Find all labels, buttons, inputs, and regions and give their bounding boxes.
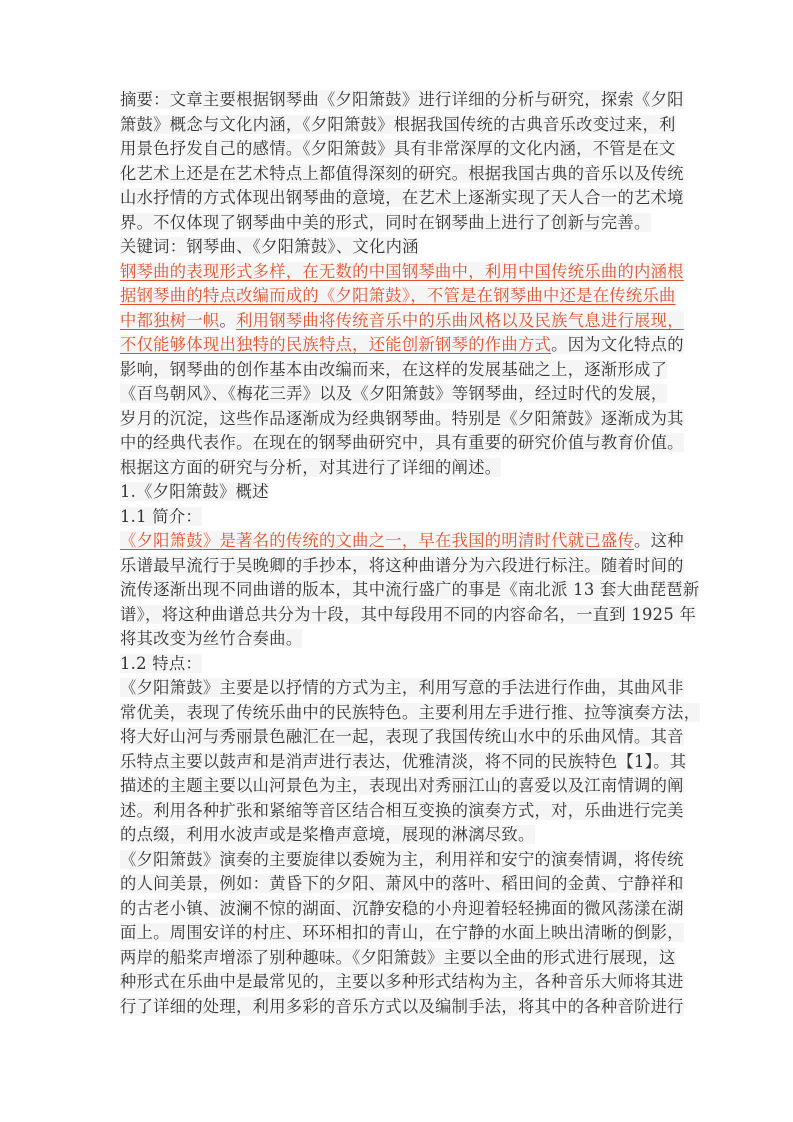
text-line: 《夕阳箫鼓》主要是以抒情的方式为主，利用写意的手法进行作曲，其曲风非 [120, 676, 672, 701]
document-page: 摘要：文章主要根据钢琴曲《夕阳箫鼓》进行详细的分析与研究，探索《夕阳箫鼓》概念与… [120, 88, 672, 1019]
line-highlight: 两岸的船桨声增添了别种趣味。《夕阳箫鼓》主要以全曲的形式进行展现，这 [120, 948, 676, 967]
text-line: 1.《夕阳箫鼓》概述 [120, 480, 672, 505]
text-line: 化艺术上还是在艺术特点上都值得深刻的研究。根据我国古典的音乐以及传统 [120, 162, 672, 187]
text-line: 描述的主题主要以山河景色为主，表现出对秀丽江山的喜爱以及江南情调的阐 [120, 774, 672, 799]
body-text: 两岸的船桨声增添了别种趣味。《夕阳箫鼓》主要以全曲的形式进行展现，这 [120, 948, 676, 967]
body-text: 影响，钢琴曲的创作基本由改编而来，在这样的发展基础之上，逐渐形成了 [120, 360, 667, 379]
text-line: 钢琴曲的表现形式多样，在无数的中国钢琴曲中，利用中国传统乐曲的内涵根 [120, 260, 672, 285]
body-text: 1.1 简介： [120, 507, 202, 526]
body-text: 行了详细的处理，利用多彩的音乐方式以及编制手法，将其中的各种音阶进行 [120, 997, 684, 1016]
text-line: 种形式在乐曲中是最常见的，主要以多种形式结构为主，各种音乐大师将其进 [120, 970, 672, 995]
text-line: 的古老小镇、波澜不惊的湖面、沉静安稳的小舟迎着轻轻拂面的微风荡漾在湖 [120, 897, 672, 922]
line-highlight: 影响，钢琴曲的创作基本由改编而来，在这样的发展基础之上，逐渐形成了 [120, 360, 667, 379]
body-text: 流传逐渐出现不同曲谱的版本，其中流行盛广的事是《南北派 13 套大曲琵琶新 [120, 580, 699, 599]
line-highlight: 的人间美景，例如：黄昏下的夕阳、萧风中的落叶、稻田间的金黄、宁静祥和 [120, 874, 684, 893]
body-text: 的古老小镇、波澜不惊的湖面、沉静安稳的小舟迎着轻轻拂面的微风荡漾在湖 [120, 899, 684, 918]
text-line: 面上。周围安详的村庄、环环相扣的青山，在宁静的水面上映出清晰的倒影， [120, 921, 672, 946]
line-highlight: 岁月的沉淀，这些作品逐渐成为经典钢琴曲。特别是《夕阳箫鼓》逐渐成为其 [120, 409, 684, 428]
body-text: 述。利用各种扩张和紧缩等音区结合相互变换的演奏方式，对，乐曲进行完美 [120, 801, 684, 820]
line-highlight: 化艺术上还是在艺术特点上都值得深刻的研究。根据我国古典的音乐以及传统 [120, 164, 684, 183]
line-highlight: 的古老小镇、波澜不惊的湖面、沉静安稳的小舟迎着轻轻拂面的微风荡漾在湖 [120, 899, 684, 918]
line-highlight: 1.《夕阳箫鼓》概述 [120, 482, 269, 501]
body-text: 摘要：文章主要根据钢琴曲《夕阳箫鼓》进行详细的分析与研究，探索《夕阳 [120, 90, 684, 109]
body-text: 箫鼓》概念与文化内涵，《夕阳箫鼓》根据我国传统的古典音乐改变过来，利 [120, 115, 676, 134]
body-text: 《百鸟朝风》、《梅花三弄》以及《夕阳箫鼓》等钢琴曲，经过时代的发展， [120, 384, 667, 403]
line-highlight: 根据这方面的研究与分析，对其进行了详细的阐述。 [120, 458, 501, 477]
highlighted-text: 不仅能够体现出独特的民族特点，还能创新钢琴的作曲方式 [120, 335, 551, 354]
body-text: 面上。周围安详的村庄、环环相扣的青山，在宁静的水面上映出清晰的倒影， [120, 923, 684, 942]
text-line: 述。利用各种扩张和紧缩等音区结合相互变换的演奏方式，对，乐曲进行完美 [120, 799, 672, 824]
highlighted-text: 钢琴曲的表现形式多样，在无数的中国钢琴曲中，利用中国传统乐曲的内涵根 [120, 262, 684, 281]
body-text: 的人间美景，例如：黄昏下的夕阳、萧风中的落叶、稻田间的金黄、宁静祥和 [120, 874, 684, 893]
line-highlight: 《百鸟朝风》、《梅花三弄》以及《夕阳箫鼓》等钢琴曲，经过时代的发展， [120, 384, 667, 403]
line-highlight: 种形式在乐曲中是最常见的，主要以多种形式结构为主，各种音乐大师将其进 [120, 972, 684, 991]
line-highlight: 山水抒情的方式体现出钢琴曲的意境，在艺术上逐渐实现了天人合一的艺术境 [120, 188, 684, 207]
text-line: 据钢琴曲的特点改编而成的《夕阳箫鼓》，不管是在钢琴曲中还是在传统乐曲 [120, 284, 672, 309]
text-line: 关键词：钢琴曲、《夕阳箫鼓》、文化内涵 [120, 235, 672, 260]
text-line: 流传逐渐出现不同曲谱的版本，其中流行盛广的事是《南北派 13 套大曲琵琶新 [120, 578, 672, 603]
line-highlight: 关键词：钢琴曲、《夕阳箫鼓》、文化内涵 [120, 237, 419, 256]
text-line: 中都独树一帜。利用钢琴曲将传统音乐中的乐曲风格以及民族气息进行展现， [120, 309, 672, 334]
line-highlight: 钢琴曲的表现形式多样，在无数的中国钢琴曲中，利用中国传统乐曲的内涵根 [120, 262, 684, 281]
text-line: 《百鸟朝风》、《梅花三弄》以及《夕阳箫鼓》等钢琴曲，经过时代的发展， [120, 382, 672, 407]
body-text: 将其改变为丝竹合奏曲。 [120, 629, 302, 648]
body-text: 山水抒情的方式体现出钢琴曲的意境，在艺术上逐渐实现了天人合一的艺术境 [120, 188, 684, 207]
line-highlight: 《夕阳箫鼓》是著名的传统的文曲之一，早在我国的明清时代就已盛传。这种 [120, 531, 684, 550]
line-highlight: 描述的主题主要以山河景色为主，表现出对秀丽江山的喜爱以及江南情调的阐 [120, 776, 684, 795]
line-highlight: 1.1 简介： [120, 507, 202, 526]
body-text: 岁月的沉淀，这些作品逐渐成为经典钢琴曲。特别是《夕阳箫鼓》逐渐成为其 [120, 409, 684, 428]
text-line: 不仅能够体现出独特的民族特点，还能创新钢琴的作曲方式。因为文化特点的 [120, 333, 672, 358]
text-line: 中的经典代表作。在现在的钢琴曲研究中，具有重要的研究价值与教育价值。 [120, 431, 672, 456]
line-highlight: 摘要：文章主要根据钢琴曲《夕阳箫鼓》进行详细的分析与研究，探索《夕阳 [120, 90, 684, 109]
highlighted-text: 利用钢琴曲将传统音乐中的乐曲风格以及民族气息进行展现， [236, 311, 684, 330]
line-highlight: 将大好山河与秀丽景色融汇在一起，表现了我国传统山水中的乐曲风情。其音 [120, 727, 684, 746]
line-highlight: 流传逐渐出现不同曲谱的版本，其中流行盛广的事是《南北派 13 套大曲琵琶新 [120, 580, 699, 599]
body-text: 《夕阳箫鼓》演奏的主要旋律以委婉为主，利用祥和安宁的演奏情调，将传统 [120, 850, 684, 869]
line-highlight: 中都独树一帜。利用钢琴曲将传统音乐中的乐曲风格以及民族气息进行展现， [120, 311, 684, 330]
line-highlight: 据钢琴曲的特点改编而成的《夕阳箫鼓》，不管是在钢琴曲中还是在传统乐曲 [120, 286, 676, 305]
text-line: 箫鼓》概念与文化内涵，《夕阳箫鼓》根据我国传统的古典音乐改变过来，利 [120, 113, 672, 138]
line-highlight: 乐特点主要以鼓声和是消声进行表达，优雅清淡，将不同的民族特色【1】。其 [120, 752, 686, 771]
line-highlight: 用景色抒发自己的感情。《夕阳箫鼓》具有非常深厚的文化内涵，不管是在文 [120, 139, 676, 158]
body-text: 常优美，表现了传统乐曲中的民族特色。主要利用左手进行推、拉等演奏方法， [120, 703, 700, 722]
text-line: 1.2 特点： [120, 652, 672, 677]
body-text: 用景色抒发自己的感情。《夕阳箫鼓》具有非常深厚的文化内涵，不管是在文 [120, 139, 676, 158]
text-line: 影响，钢琴曲的创作基本由改编而来，在这样的发展基础之上，逐渐形成了 [120, 358, 672, 383]
text-line: 将其改变为丝竹合奏曲。 [120, 627, 672, 652]
body-text: 化艺术上还是在艺术特点上都值得深刻的研究。根据我国古典的音乐以及传统 [120, 164, 684, 183]
body-text: 关键词：钢琴曲、《夕阳箫鼓》、文化内涵 [120, 237, 419, 256]
text-line: 《夕阳箫鼓》演奏的主要旋律以委婉为主，利用祥和安宁的演奏情调，将传统 [120, 848, 672, 873]
text-line: 两岸的船桨声增添了别种趣味。《夕阳箫鼓》主要以全曲的形式进行展现，这 [120, 946, 672, 971]
text-line: 1.1 简介： [120, 505, 672, 530]
body-text: 。因为文化特点的 [551, 335, 684, 354]
text-line: 谱》，将这种曲谱总共分为十段，其中每段用不同的内容命名，一直到 1925 年 [120, 603, 672, 628]
line-highlight: 的点缀，利用水波声或是桨橹声意境，展现的淋漓尽致。 [120, 825, 535, 844]
line-highlight: 面上。周围安详的村庄、环环相扣的青山，在宁静的水面上映出清晰的倒影， [120, 923, 684, 942]
text-line: 岁月的沉淀，这些作品逐渐成为经典钢琴曲。特别是《夕阳箫鼓》逐渐成为其 [120, 407, 672, 432]
body-text: 中的经典代表作。在现在的钢琴曲研究中，具有重要的研究价值与教育价值。 [120, 433, 684, 452]
text-line: 将大好山河与秀丽景色融汇在一起，表现了我国传统山水中的乐曲风情。其音 [120, 725, 672, 750]
line-highlight: 界。不仅体现了钢琴曲中美的形式，同时在钢琴曲上进行了创新与完善。 [120, 213, 651, 232]
line-highlight: 箫鼓》概念与文化内涵，《夕阳箫鼓》根据我国传统的古典音乐改变过来，利 [120, 115, 676, 134]
text-line: 用景色抒发自己的感情。《夕阳箫鼓》具有非常深厚的文化内涵，不管是在文 [120, 137, 672, 162]
text-line: 界。不仅体现了钢琴曲中美的形式，同时在钢琴曲上进行了创新与完善。 [120, 211, 672, 236]
body-text: 1.《夕阳箫鼓》概述 [120, 482, 269, 501]
line-highlight: 述。利用各种扩张和紧缩等音区结合相互变换的演奏方式，对，乐曲进行完美 [120, 801, 684, 820]
line-highlight: 中的经典代表作。在现在的钢琴曲研究中，具有重要的研究价值与教育价值。 [120, 433, 684, 452]
text-line: 行了详细的处理，利用多彩的音乐方式以及编制手法，将其中的各种音阶进行 [120, 995, 672, 1020]
highlighted-text: 据钢琴曲的特点改编而成的《夕阳箫鼓》，不管是在钢琴曲中还是在传统乐曲 [120, 286, 676, 305]
text-line: 的点缀，利用水波声或是桨橹声意境，展现的淋漓尽致。 [120, 823, 672, 848]
body-text: 界。不仅体现了钢琴曲中美的形式，同时在钢琴曲上进行了创新与完善。 [120, 213, 651, 232]
body-text: 。 [220, 311, 237, 330]
line-highlight: 不仅能够体现出独特的民族特点，还能创新钢琴的作曲方式。因为文化特点的 [120, 335, 684, 354]
text-line: 乐特点主要以鼓声和是消声进行表达，优雅清淡，将不同的民族特色【1】。其 [120, 750, 672, 775]
body-text: 种形式在乐曲中是最常见的，主要以多种形式结构为主，各种音乐大师将其进 [120, 972, 684, 991]
highlighted-text: 中都独树一帜 [120, 311, 220, 330]
line-highlight: 行了详细的处理，利用多彩的音乐方式以及编制手法，将其中的各种音阶进行 [120, 997, 684, 1016]
line-highlight: 《夕阳箫鼓》主要是以抒情的方式为主，利用写意的手法进行作曲，其曲风非 [120, 678, 684, 697]
body-text: 乐谱最早流行于吴晚卿的手抄本，将这种曲谱分为六段进行标注。随着时间的 [120, 556, 684, 575]
body-text: 根据这方面的研究与分析，对其进行了详细的阐述。 [120, 458, 501, 477]
line-highlight: 谱》，将这种曲谱总共分为十段，其中每段用不同的内容命名，一直到 1925 年 [120, 605, 696, 624]
text-line: 常优美，表现了传统乐曲中的民族特色。主要利用左手进行推、拉等演奏方法， [120, 701, 672, 726]
body-text: 《夕阳箫鼓》主要是以抒情的方式为主，利用写意的手法进行作曲，其曲风非 [120, 678, 684, 697]
line-highlight: 《夕阳箫鼓》演奏的主要旋律以委婉为主，利用祥和安宁的演奏情调，将传统 [120, 850, 684, 869]
body-text: 。这种 [634, 531, 684, 550]
text-line: 山水抒情的方式体现出钢琴曲的意境，在艺术上逐渐实现了天人合一的艺术境 [120, 186, 672, 211]
body-text: 的点缀，利用水波声或是桨橹声意境，展现的淋漓尽致。 [120, 825, 535, 844]
text-line: 摘要：文章主要根据钢琴曲《夕阳箫鼓》进行详细的分析与研究，探索《夕阳 [120, 88, 672, 113]
text-line: 根据这方面的研究与分析，对其进行了详细的阐述。 [120, 456, 672, 481]
line-highlight: 1.2 特点： [120, 654, 202, 673]
highlighted-text: 《夕阳箫鼓》是著名的传统的文曲之一，早在我国的明清时代就已盛传 [120, 531, 634, 550]
body-text: 将大好山河与秀丽景色融汇在一起，表现了我国传统山水中的乐曲风情。其音 [120, 727, 684, 746]
text-line: 的人间美景，例如：黄昏下的夕阳、萧风中的落叶、稻田间的金黄、宁静祥和 [120, 872, 672, 897]
line-highlight: 将其改变为丝竹合奏曲。 [120, 629, 302, 648]
text-line: 《夕阳箫鼓》是著名的传统的文曲之一，早在我国的明清时代就已盛传。这种 [120, 529, 672, 554]
body-text: 描述的主题主要以山河景色为主，表现出对秀丽江山的喜爱以及江南情调的阐 [120, 776, 684, 795]
text-line: 乐谱最早流行于吴晚卿的手抄本，将这种曲谱分为六段进行标注。随着时间的 [120, 554, 672, 579]
line-highlight: 乐谱最早流行于吴晚卿的手抄本，将这种曲谱分为六段进行标注。随着时间的 [120, 556, 684, 575]
line-highlight: 常优美，表现了传统乐曲中的民族特色。主要利用左手进行推、拉等演奏方法， [120, 703, 700, 722]
body-text: 谱》，将这种曲谱总共分为十段，其中每段用不同的内容命名，一直到 1925 年 [120, 605, 696, 624]
body-text: 1.2 特点： [120, 654, 202, 673]
body-text: 乐特点主要以鼓声和是消声进行表达，优雅清淡，将不同的民族特色【1】。其 [120, 752, 686, 771]
